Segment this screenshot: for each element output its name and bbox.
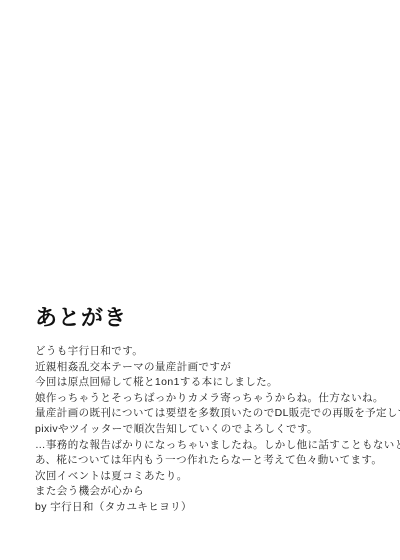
afterword-line: 娘作っちゃうとそっちばっかりカメラ寄っちゃうからね。仕方ないね。 — [35, 391, 378, 407]
afterword-line: 次回イベントは夏コミあたり。 — [35, 469, 378, 485]
afterword-line: 量産計画の既刊については要望を多数頂いたのでDL販売での再販を予定してます。 — [35, 406, 378, 422]
page-title: あとがき — [35, 306, 378, 330]
afterword-line: 近親相姦乱交本テーマの量産計画ですが — [35, 360, 378, 376]
author-signature-line: by 宇行日和（タカユキヒヨリ） — [35, 500, 378, 516]
afterword-line: …事務的な報告ばかりになっちゃいましたね。しかし他に話すこともないという(汗 — [35, 438, 378, 454]
afterword-content: あとがき どうも宇行日和です。 近親相姦乱交本テーマの量産計画ですが 今回は原点… — [35, 306, 378, 516]
afterword-line: あ、椛については年内もう一つ作れたらなーと考えて色々動いてます。 — [35, 453, 378, 469]
afterword-page: あとがき どうも宇行日和です。 近親相姦乱交本テーマの量産計画ですが 今回は原点… — [0, 0, 400, 560]
afterword-line: 今回は原点回帰して椛と1on1する本にしました。 — [35, 375, 378, 391]
afterword-line: また会う機会が心から — [35, 484, 378, 500]
afterword-body: どうも宇行日和です。 近親相姦乱交本テーマの量産計画ですが 今回は原点回帰して椛… — [35, 344, 378, 516]
afterword-line: pixivやツイッターで順次告知していくのでよろしくです。 — [35, 422, 378, 438]
afterword-line: どうも宇行日和です。 — [35, 344, 378, 360]
